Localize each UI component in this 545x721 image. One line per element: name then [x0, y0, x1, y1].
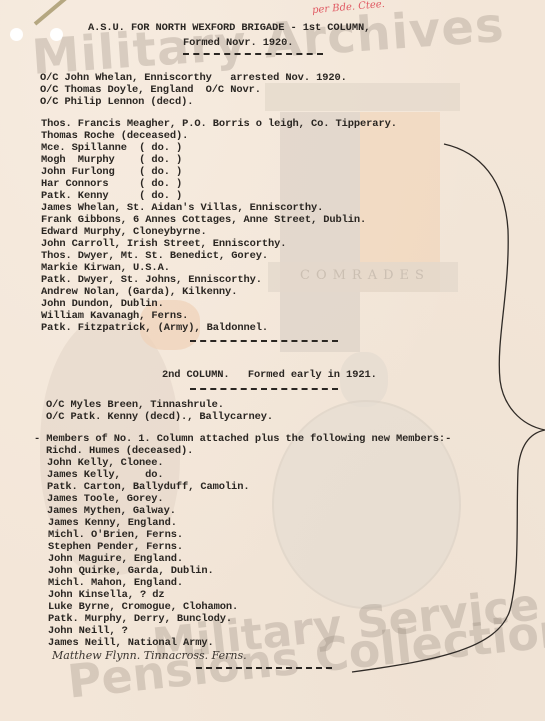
- member-line: John Carroll, Irish Street, Enniscorthy.: [41, 238, 286, 250]
- member-line: James Mythen, Galway.: [47, 505, 176, 517]
- column2-heading-underline: [190, 388, 338, 390]
- column2-end-divider: [196, 667, 332, 669]
- member-line: Patk. Dwyer, St. Johns, Enniscorthy.: [41, 274, 262, 286]
- member-line: Edward Murphy, Cloneybyrne.: [41, 226, 207, 238]
- member-line: Patk. Carton, Ballyduff, Camolin.: [47, 481, 249, 493]
- handwritten-member: Matthew Flynn. Tinnacross. Ferns.: [52, 649, 247, 662]
- title-line-2: Formed Novr. 1920.: [183, 37, 293, 49]
- officer-line: O/C Myles Breen, Tinnashrule.: [46, 399, 224, 411]
- member-line: Michl. O'Brien, Ferns.: [48, 529, 183, 541]
- title-line-1: A.S.U. FOR NORTH WEXFORD BRIGADE - 1st C…: [88, 22, 370, 34]
- officer-line: O/C Thomas Doyle, England O/C Novr.: [40, 84, 261, 96]
- medal-disc: [272, 400, 461, 609]
- member-line: John Kelly, Clonee.: [47, 457, 164, 469]
- member-line: John Dundon, Dublin.: [41, 298, 164, 310]
- member-line: John Neill, ?: [48, 625, 128, 637]
- member-line: Michl. Mahon, England.: [48, 577, 183, 589]
- member-line: James Kenny, England.: [48, 517, 177, 529]
- officer-line: O/C John Whelan, Enniscorthy arrested No…: [40, 72, 347, 84]
- member-line: Richd. Humes (deceased).: [46, 445, 193, 457]
- member-line: William Kavanagh, Ferns.: [41, 310, 188, 322]
- officer-line: O/C Philip Lennon (decd).: [40, 96, 193, 108]
- column2-heading: 2nd COLUMN. Formed early in 1921.: [162, 369, 377, 381]
- member-line: John Maguire, England.: [48, 553, 183, 565]
- member-line: Mce. Spillanne ( do. ): [41, 142, 182, 154]
- member-line: Har Connors ( do. ): [41, 178, 182, 190]
- member-line: Patk. Fitzpatrick, (Army), Baldonnel.: [41, 322, 268, 334]
- member-line: John Kinsella, ? dz: [48, 589, 165, 601]
- column2-intro: - Members of No. 1. Column attached plus…: [34, 433, 451, 445]
- medal-bar-text: COMRADES: [300, 268, 430, 283]
- officer-line: O/C Patk. Kenny (decd)., Ballycarney.: [46, 411, 273, 423]
- member-line: John Quirke, Garda, Dublin.: [48, 565, 214, 577]
- staple-mark: [34, 0, 75, 26]
- document-page: COMRADES Military Archives Military Serv…: [0, 0, 545, 721]
- member-line: Thos. Francis Meagher, P.O. Borris o lei…: [41, 118, 397, 130]
- member-line: Thomas Roche (deceased).: [41, 130, 188, 142]
- member-line: Stephen Pender, Ferns.: [48, 541, 183, 553]
- member-line: Markie Kirwan, U.S.A.: [41, 262, 170, 274]
- member-line: Thos. Dwyer, Mt. St. Benedict, Gorey.: [41, 250, 268, 262]
- member-line: James Toole, Gorey.: [47, 493, 164, 505]
- member-line: James Neill, National Army.: [48, 637, 214, 649]
- title-underline: [183, 53, 323, 55]
- column1-end-divider: [190, 340, 338, 342]
- member-line: Andrew Nolan, (Garda), Kilkenny.: [41, 286, 237, 298]
- punch-hole-icon: [10, 28, 23, 41]
- member-line: James Whelan, St. Aidan's Villas, Ennisc…: [41, 202, 323, 214]
- member-line: Mogh Murphy ( do. ): [41, 154, 182, 166]
- member-line: John Furlong ( do. ): [41, 166, 182, 178]
- member-line: Patk. Murphy, Derry, Bunclody.: [48, 613, 232, 625]
- member-line: Patk. Kenny ( do. ): [41, 190, 182, 202]
- medal-clasp: [265, 83, 460, 111]
- member-line: Frank Gibbons, 6 Annes Cottages, Anne St…: [41, 214, 366, 226]
- member-line: Luke Byrne, Cromogue, Clohamon.: [48, 601, 238, 613]
- member-line: James Kelly, do.: [47, 469, 164, 481]
- medal-ribbon-left: [280, 112, 360, 352]
